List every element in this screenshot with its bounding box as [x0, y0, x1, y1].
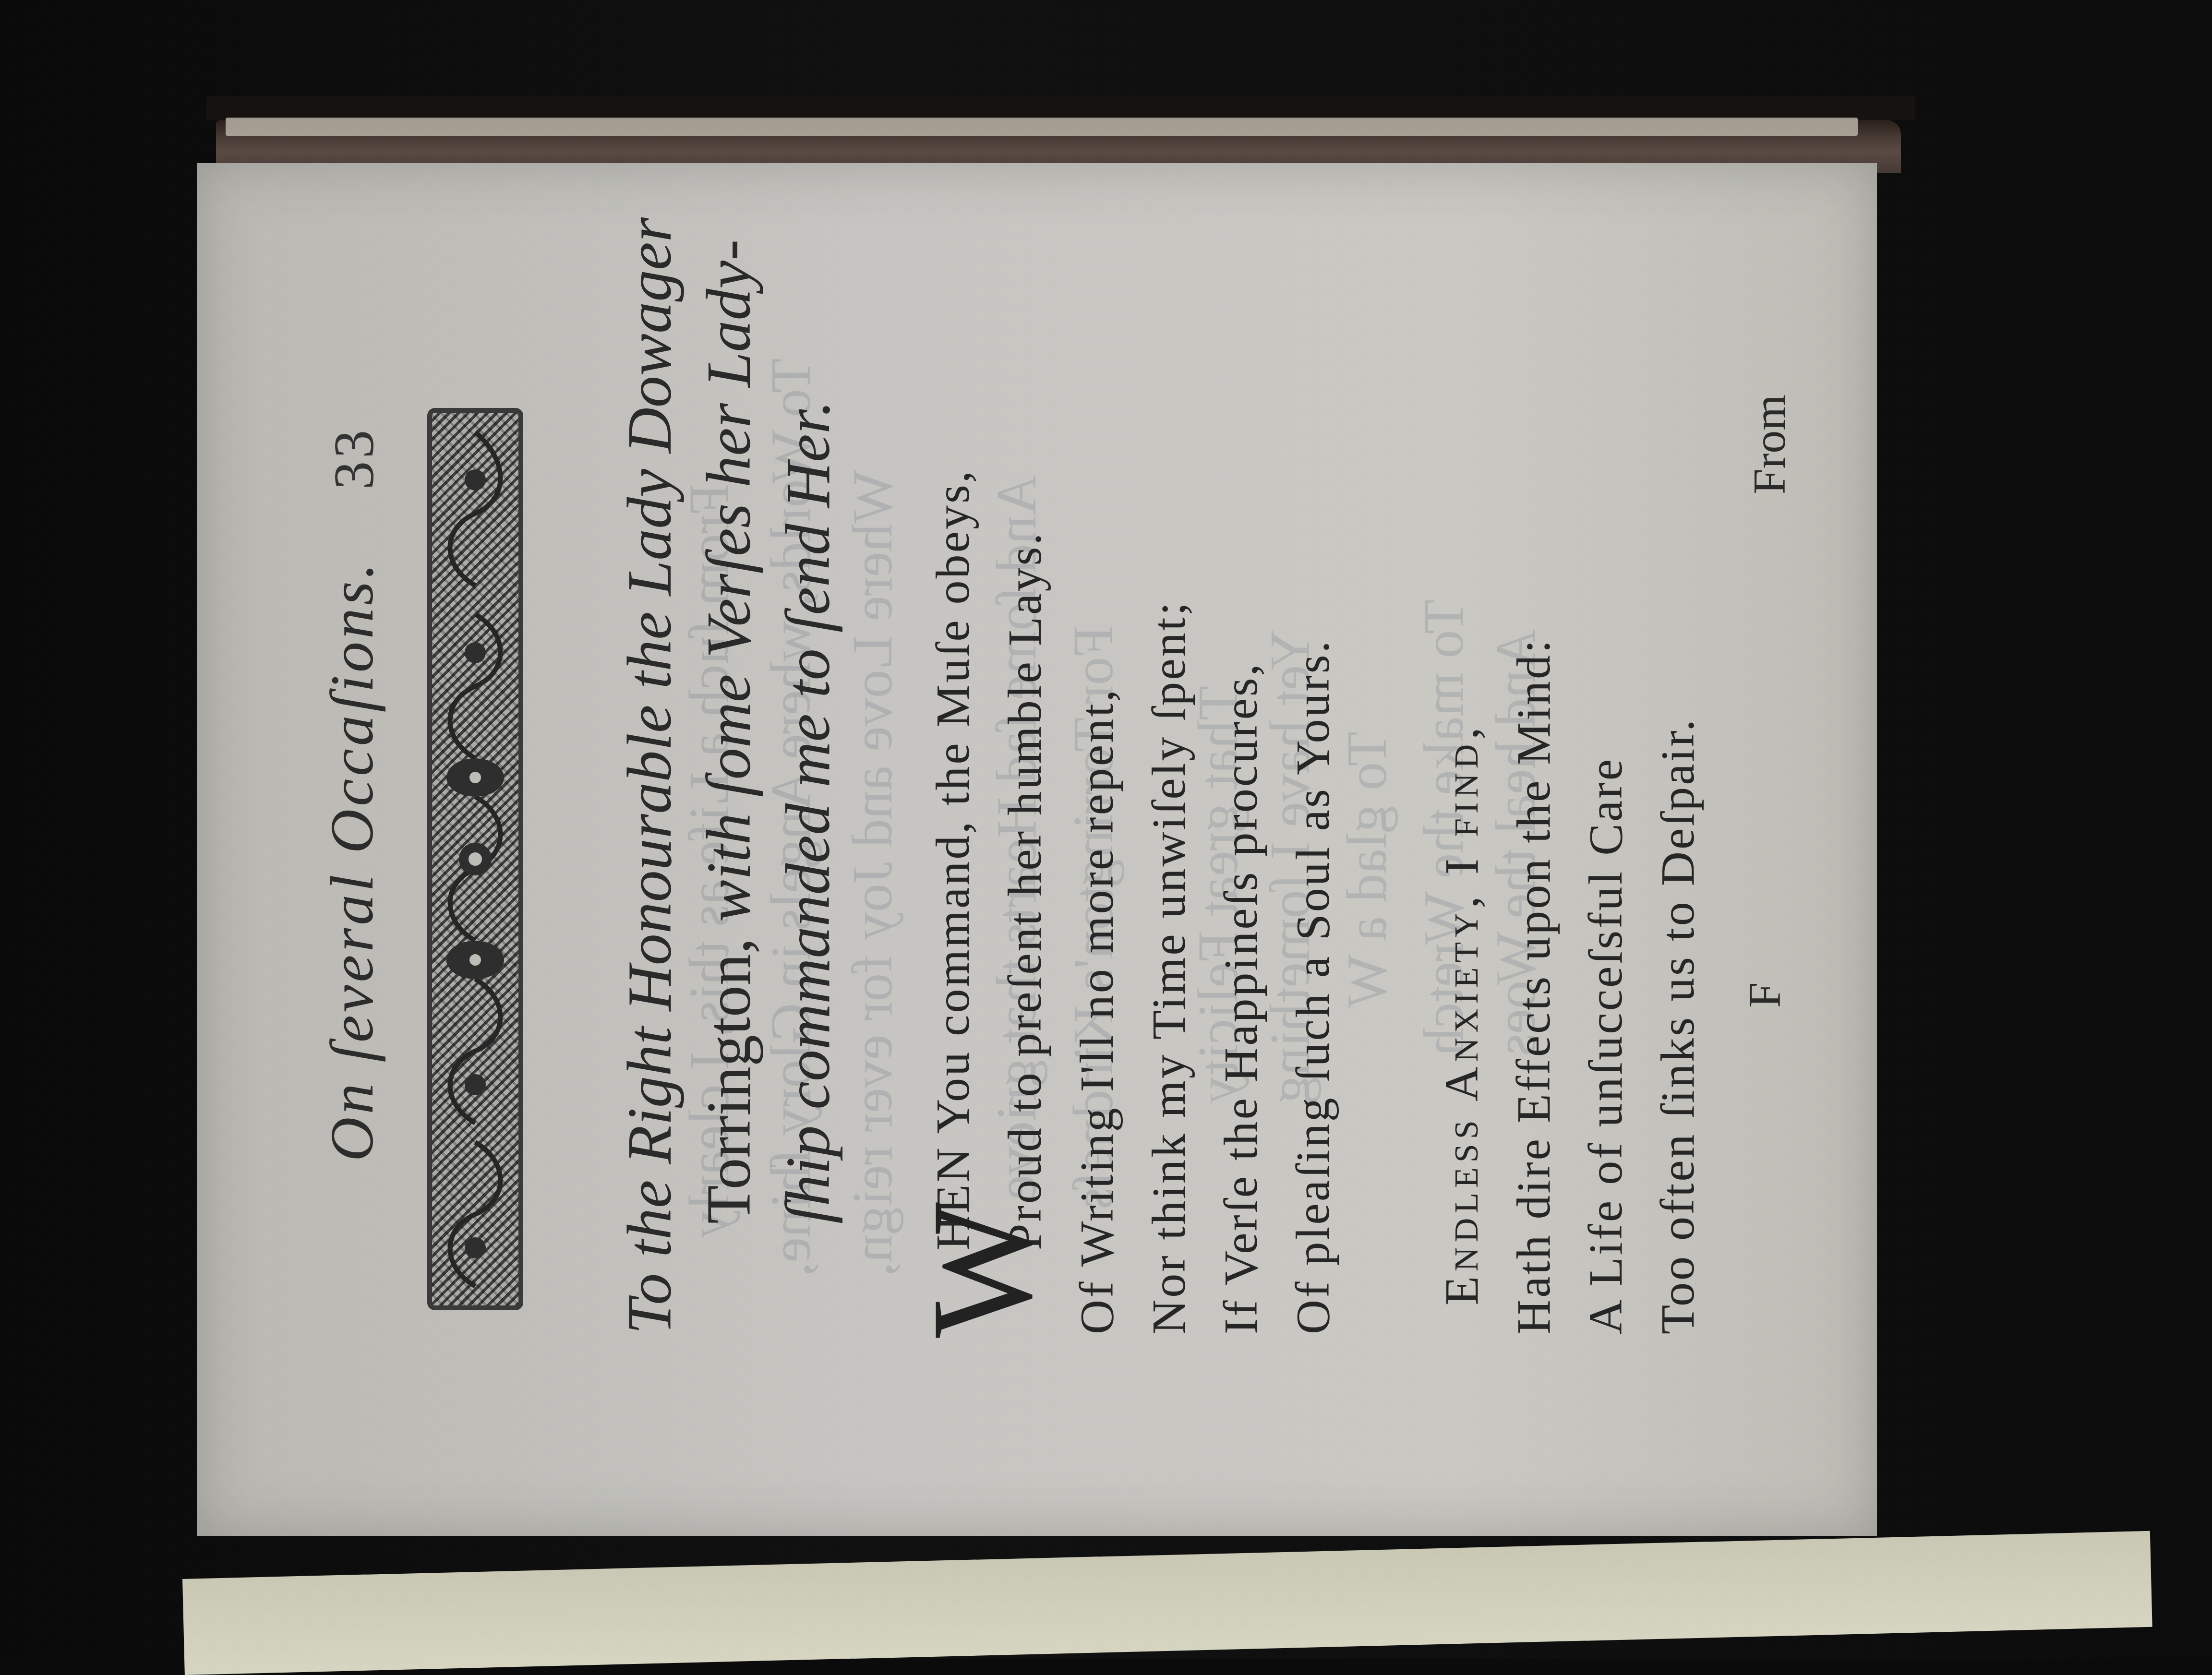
- title-text: with ſome Verſes her Lady-: [693, 239, 764, 922]
- poem-line: Of Writing I'll no more repent,: [1061, 230, 1133, 1334]
- poem-line: Endless Anxiety, I find,: [1426, 230, 1498, 1334]
- poem-line: Too often ſinks us to Deſpair.: [1642, 230, 1714, 1334]
- poem-line: A Life of unſucceſsful Care: [1570, 230, 1642, 1334]
- photo-background: From ſuch a Life as this, I clearly To W…: [0, 0, 2212, 1659]
- stanza-1: WHEN You command, the Muſe obeys, Proud …: [917, 230, 1349, 1334]
- poem-line: Hath dire Effects upon the Mind:: [1498, 230, 1570, 1334]
- running-title: On ſeveral Occaſions.: [317, 560, 387, 1161]
- poem-line: If Verſe the Happineſs procures,: [1205, 230, 1277, 1334]
- poem-line-text: HEN You command, the Muſe obeys,: [926, 469, 979, 1250]
- stanza-2: Endless Anxiety, I find, Hath dire Effec…: [1426, 230, 1714, 1334]
- show-through-text: Where Love and Joy for ever reign,: [840, 470, 905, 1277]
- book-page: From ſuch a Life as this, I clearly To W…: [197, 163, 1877, 1536]
- headpiece-ornament-icon: [427, 408, 523, 1310]
- poem-body: WHEN You command, the Muſe obeys, Proud …: [917, 230, 1791, 1334]
- title-line-3: ſhip commanded me to ſend Her.: [768, 278, 847, 1334]
- title-name-torrington: Torrington,: [693, 922, 764, 1224]
- endpaper-edge: [226, 118, 1858, 136]
- facing-page-edge: [182, 1531, 2152, 1659]
- running-head: On ſeveral Occaſions. 33: [317, 163, 389, 1536]
- title-text: Right Honourable the Lady Dowager: [614, 217, 685, 1164]
- title-line-1: To the Right Honourable the Lady Dowager: [610, 278, 689, 1334]
- book-cover-edge: [206, 96, 1915, 120]
- signature-mark: F: [1738, 982, 1791, 1008]
- catchword: From: [1743, 395, 1796, 494]
- poem-line: Of pleaſing ſuch a Soul as Yours.: [1277, 230, 1349, 1334]
- title-line-2: Torrington, with ſome Verſes her Lady-: [689, 278, 768, 1334]
- poem-line: Proud to preſent her humble Lays.: [989, 230, 1061, 1334]
- drop-cap: W: [912, 1200, 1051, 1338]
- poem-line: Nor think my Time unwiſely ſpent;: [1133, 230, 1205, 1334]
- title-text: To the: [614, 1164, 685, 1334]
- poem-line: WHEN You command, the Muſe obeys,: [917, 230, 989, 1334]
- poem-title: To the Right Honourable the Lady Dowager…: [610, 278, 847, 1334]
- page-number: 33: [322, 427, 387, 490]
